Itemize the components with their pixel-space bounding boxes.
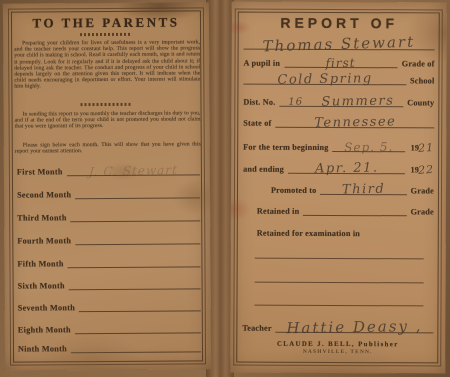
pupil-grade-row: A pupil in first Grade of: [244, 52, 435, 69]
month-label: Third Month: [17, 213, 71, 222]
entry-line: Tennessee: [275, 116, 434, 129]
signature-line: [68, 251, 201, 268]
year-field: 1921: [406, 142, 435, 152]
field-label: and ending: [243, 165, 288, 174]
field-label: Dist. No.: [243, 98, 279, 107]
parent-signature: J. C. Stewart: [88, 164, 178, 178]
county-entry-handwriting: Summers: [321, 94, 394, 108]
blank-ruled-line: [255, 282, 424, 284]
month-row-fourth: Fourth Month: [17, 229, 200, 245]
entry-line: Apr. 21.: [288, 162, 406, 175]
month-row-third: Third Month: [17, 206, 200, 222]
month-row-first: First Month J. C. Stewart: [17, 160, 200, 176]
promoted-row: Promoted to Third Grade: [243, 179, 434, 196]
retained-row: Retained in Grade: [243, 200, 434, 217]
month-label: Second Month: [17, 190, 75, 199]
district-row: Dist. No. 16 Summers County: [243, 91, 434, 108]
teacher-row: Teacher Hattie Deasy ,: [242, 314, 433, 334]
ornament-divider: [80, 103, 132, 106]
report-page: REPORT OF Thomas Stewart A pupil in firs…: [230, 2, 447, 374]
grade-entry-handwriting: first: [326, 57, 356, 69]
report-title: REPORT OF: [232, 15, 447, 32]
end-year-handwriting: 22: [418, 164, 435, 176]
field-label: Promoted to: [271, 186, 321, 195]
parents-paragraph-2: In sending this report to you monthly th…: [15, 110, 201, 130]
publisher-name: CLAUDE J. BELL, Publisher: [230, 341, 445, 349]
signature-line: J. C. Stewart: [67, 159, 200, 176]
field-label: Retained for examination in: [257, 229, 364, 238]
field-label: Grade: [407, 186, 434, 195]
month-label: Eighth Month: [18, 325, 75, 334]
signature-line: [75, 182, 200, 199]
field-label: For the term beginning: [243, 143, 332, 152]
exam-row: Retained for examination in: [243, 224, 434, 239]
signature-line: [71, 336, 201, 353]
term-begin-row: For the term beginning Sep. 5, 1921: [243, 136, 434, 153]
district-number-handwriting: 16: [288, 98, 303, 108]
entry-line: first: [284, 57, 398, 68]
promoted-grade-handwriting: Third: [342, 183, 385, 197]
begin-date-handwriting: Sep. 5,: [344, 141, 393, 154]
entry-line: Cold Spring: [243, 73, 406, 86]
entry-line: Sep. 5,: [333, 141, 406, 152]
school-row: Cold Spring School: [243, 69, 434, 86]
field-label: Grade of: [398, 59, 435, 68]
term-end-row: and ending Apr. 21. 1922: [243, 158, 434, 175]
month-row-seventh: Seventh Month: [18, 296, 201, 312]
entry-line: [303, 215, 406, 216]
field-label: County: [403, 98, 434, 107]
parents-title: TO THE PARENTS: [3, 14, 209, 31]
teacher-signature-line: Hattie Deasy ,: [276, 320, 434, 334]
month-label: Seventh Month: [18, 303, 79, 312]
teacher-signature-handwriting: Hattie Deasy ,: [286, 319, 422, 336]
month-label: Sixth Month: [18, 281, 69, 290]
parents-paragraph-3: Please sign below each month. This will …: [15, 141, 201, 155]
month-row-second: Second Month: [17, 183, 200, 199]
field-label: Retained in: [257, 207, 304, 216]
signature-line: [71, 205, 201, 222]
school-entry-handwriting: Cold Spring: [277, 72, 372, 87]
month-row-sixth: Sixth Month: [18, 274, 201, 290]
entry-line: 16 Summers: [279, 95, 403, 108]
name-line: Thomas Stewart: [244, 37, 435, 51]
month-label: Fourth Month: [17, 236, 75, 245]
publisher-city: NASHVILLE, TENN.: [230, 349, 445, 356]
signature-line: [69, 273, 201, 290]
blank-ruled-line: [254, 305, 423, 307]
signature-line: [79, 295, 201, 312]
month-row-ninth: Ninth Month: [18, 337, 201, 353]
field-label: Grade: [407, 207, 434, 216]
month-label: First Month: [17, 167, 67, 176]
month-label: Ninth Month: [18, 344, 71, 353]
teacher-label: Teacher: [242, 324, 275, 333]
end-date-handwriting: Apr. 21.: [315, 162, 379, 176]
publisher-imprint: CLAUDE J. BELL, Publisher NASHVILLE, TEN…: [230, 341, 445, 356]
parents-paragraph-1: Preparing your children for lives of use…: [14, 39, 200, 90]
parents-page: TO THE PARENTS Preparing your children f…: [3, 2, 211, 370]
field-label: School: [406, 76, 434, 85]
field-label: A pupil in: [244, 59, 285, 68]
signature-line: [75, 228, 200, 245]
blank-ruled-line: [255, 258, 424, 260]
state-row: State of Tennessee: [243, 112, 434, 129]
pupil-name-row: Thomas Stewart: [244, 32, 435, 51]
signature-line: [75, 317, 201, 334]
month-label: Fifth Month: [17, 259, 67, 268]
begin-year-handwriting: 21: [418, 142, 435, 154]
year-field: 1922: [405, 164, 434, 174]
month-row-fifth: Fifth Month: [17, 252, 200, 268]
entry-line: Third: [320, 183, 406, 195]
month-row-eighth: Eighth Month: [18, 318, 201, 334]
state-entry-handwriting: Tennessee: [314, 115, 396, 129]
ornament-divider: [80, 33, 132, 36]
field-label: State of: [243, 119, 275, 128]
